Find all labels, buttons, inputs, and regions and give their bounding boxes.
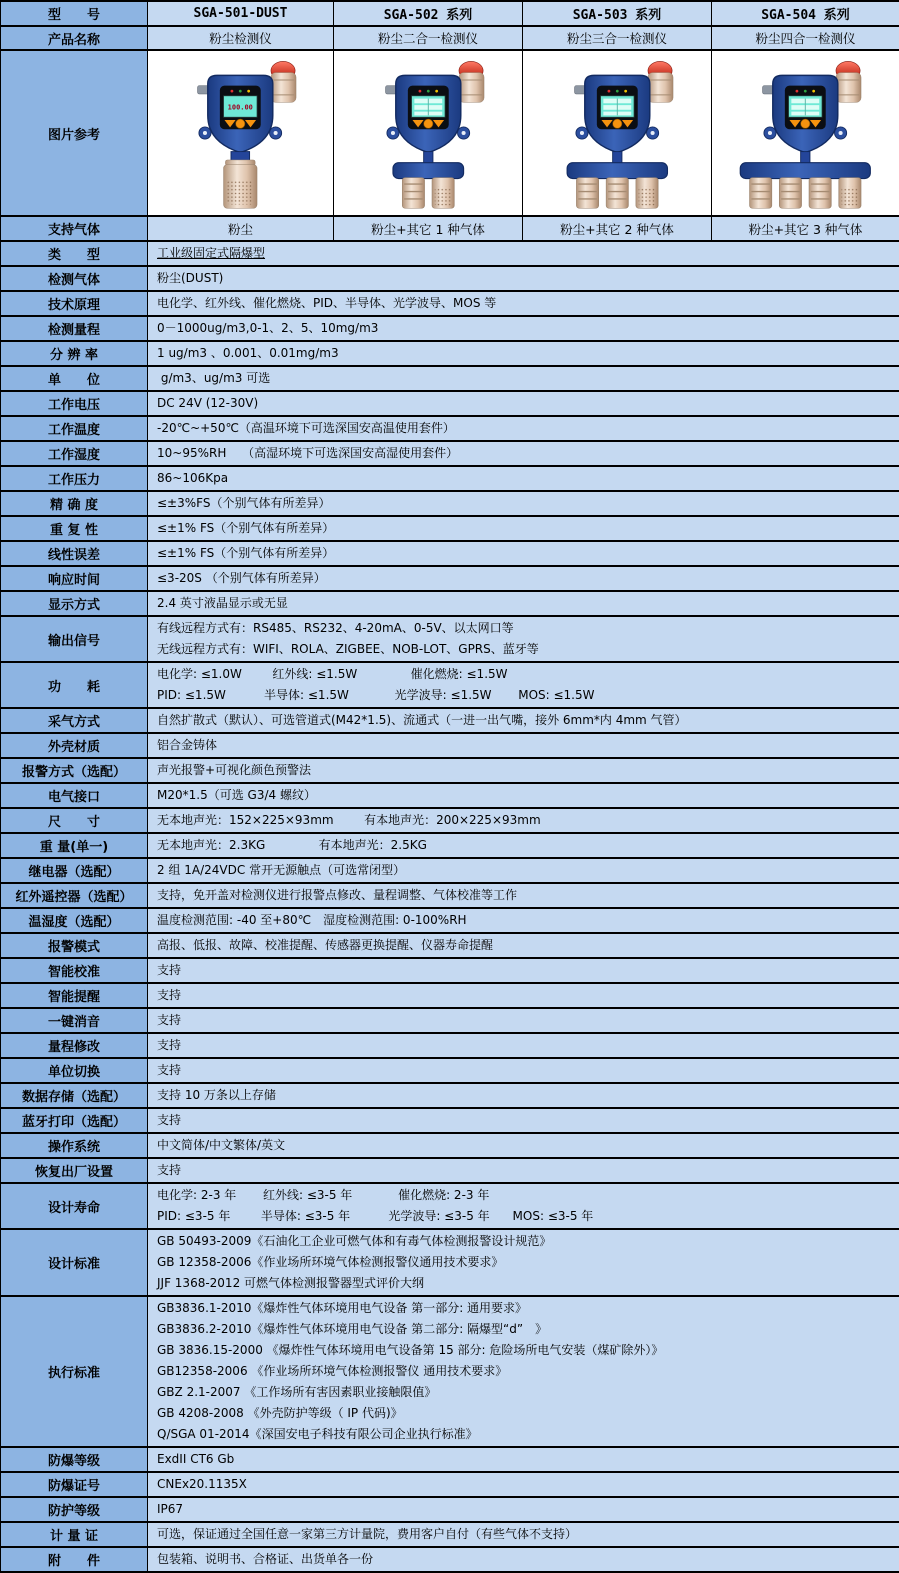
detector-image-sga-503 [523,51,711,215]
spec-label: 线性误差 [1,541,148,566]
gas-1: 粉尘 [148,216,334,241]
spec-label: 显示方式 [1,591,148,616]
spec-value: ≤±1% FS（个别气体有所差异） [148,516,899,541]
spec-row: 响应时间≤3-20S （个别气体有所差异） [1,566,899,591]
spec-label: 设计寿命 [1,1183,148,1229]
spec-label: 响应时间 [1,566,148,591]
spec-value: 支持 [148,1158,899,1183]
spec-row: 输出信号有线远程方式有：RS485、RS232、4-20mA、0-5V、以太网口… [1,616,899,662]
spec-label: 检测气体 [1,266,148,291]
spec-value: 工业级固定式隔爆型 [148,241,899,266]
spec-value: 高报、低报、故障、校准提醒、传感器更换提醒、仪器寿命提醒 [148,933,899,958]
spec-value: 可选，保证通过全国任意一家第三方计量院，费用客户自付（有些气体不支持） [148,1522,899,1547]
spec-row: 工作电压DC 24V (12-30V) [1,391,899,416]
model-sga-502: SGA-502 系列 [334,1,523,26]
spec-row: 采气方式自然扩散式（默认）、可选管道式(M42*1.5)、流通式（一进一出气嘴，… [1,708,899,733]
spec-label: 精 确 度 [1,491,148,516]
spec-label: 防护等级 [1,1497,148,1522]
spec-label: 工作湿度 [1,441,148,466]
spec-value: 2.4 英寸液晶显示或无显 [148,591,899,616]
spec-row: 线性误差≤±1% FS（个别气体有所差异） [1,541,899,566]
spec-row: 单 位 g/m3、ug/m3 可选 [1,366,899,391]
spec-value: 1 ug/m3 、0.001、0.01mg/m3 [148,341,899,366]
spec-value: 无本地声光：152×225×93mm 有本地声光：200×225×93mm [148,808,899,833]
spec-label: 重 量(单一) [1,833,148,858]
spec-row: 工作温度-20℃~+50℃（高温环境下可选深国安高温使用套件） [1,416,899,441]
spec-row: 尺 寸无本地声光：152×225×93mm 有本地声光：200×225×93mm [1,808,899,833]
spec-row: 报警模式高报、低报、故障、校准提醒、传感器更换提醒、仪器寿命提醒 [1,933,899,958]
image-label: 图片参考 [1,50,148,216]
spec-label: 防爆等级 [1,1447,148,1472]
spec-row: 量程修改支持 [1,1033,899,1058]
spec-value: 铝合金铸体 [148,733,899,758]
spec-value: 支持 [148,1033,899,1058]
spec-value: 包装箱、说明书、合格证、出货单各一份 [148,1547,899,1572]
spec-row: 分 辨 率1 ug/m3 、0.001、0.01mg/m3 [1,341,899,366]
spec-value: 支持 [148,1058,899,1083]
image-row: 图片参考 100.00 [1,50,899,216]
spec-label: 恢复出厂设置 [1,1158,148,1183]
spec-value: 0－1000ug/m3,0-1、2、5、10mg/m3 [148,316,899,341]
spec-row: 数据存储（选配）支持 10 万条以上存储 [1,1083,899,1108]
svg-text:100.00: 100.00 [228,103,253,111]
spec-label: 分 辨 率 [1,341,148,366]
spec-row: 执行标准GB3836.1-2010《爆炸性气体环境用电气设备 第一部分: 通用要… [1,1296,899,1447]
spec-value: IP67 [148,1497,899,1522]
spec-value: 支持 [148,1008,899,1033]
gas-4: 粉尘+其它 3 种气体 [712,216,899,241]
spec-row: 检测量程0－1000ug/m3,0-1、2、5、10mg/m3 [1,316,899,341]
spec-row: 显示方式2.4 英寸液晶显示或无显 [1,591,899,616]
spec-row: 继电器（选配）2 组 1A/24VDC 常开无源触点（可选常闭型） [1,858,899,883]
spec-value: 电化学、红外线、催化燃烧、PID、半导体、光学波导、MOS 等 [148,291,899,316]
spec-label: 红外遥控器（选配） [1,883,148,908]
spec-row: 操作系统中文简体/中文繁体/英文 [1,1133,899,1158]
gas-label: 支持气体 [1,216,148,241]
spec-label: 重 复 性 [1,516,148,541]
spec-label: 电气接口 [1,783,148,808]
spec-row: 红外遥控器（选配）支持，免开盖对检测仪进行报警点修改、量程调整、气体校准等工作 [1,883,899,908]
spec-label: 继电器（选配） [1,858,148,883]
spec-row: 恢复出厂设置支持 [1,1158,899,1183]
spec-row: 重 量(单一)无本地声光：2.3KG 有本地声光：2.5KG [1,833,899,858]
detector-image-sga-501: 100.00 [148,51,333,215]
spec-value: CNEx20.1135X [148,1472,899,1497]
spec-value: ≤3-20S （个别气体有所差异） [148,566,899,591]
spec-row: 设计标准GB 50493-2009《石油化工企业可燃气体和有毒气体检测报警设计规… [1,1229,899,1296]
spec-label: 工作电压 [1,391,148,416]
spec-label: 技术原理 [1,291,148,316]
spec-label: 采气方式 [1,708,148,733]
spec-row: 设计寿命电化学: 2-3 年 红外线: ≤3-5 年 催化燃烧: 2-3 年 P… [1,1183,899,1229]
spec-label: 智能校准 [1,958,148,983]
spec-value: -20℃~+50℃（高温环境下可选深国安高温使用套件） [148,416,899,441]
spec-row: 计 量 证可选，保证通过全国任意一家第三方计量院，费用客户自付（有些气体不支持） [1,1522,899,1547]
spec-label: 数据存储（选配） [1,1083,148,1108]
spec-label: 检测量程 [1,316,148,341]
spec-label: 输出信号 [1,616,148,662]
spec-row: 报警方式（选配）声光报警+可视化颜色预警法 [1,758,899,783]
spec-value: DC 24V (12-30V) [148,391,899,416]
spec-value: g/m3、ug/m3 可选 [148,366,899,391]
gas-3: 粉尘+其它 2 种气体 [523,216,712,241]
spec-value: 中文简体/中文繁体/英文 [148,1133,899,1158]
spec-label: 工作压力 [1,466,148,491]
product-name-3: 粉尘三合一检测仪 [523,26,712,50]
spec-value: 粉尘(DUST) [148,266,899,291]
detector-image-sga-504 [712,51,899,215]
spec-row: 功 耗电化学: ≤1.0W 红外线: ≤1.5W 催化燃烧: ≤1.5W PID… [1,662,899,708]
spec-value: 支持 [148,1108,899,1133]
spec-label: 报警方式（选配） [1,758,148,783]
spec-value: 10~95%RH （高湿环境下可选深国安高湿使用套件） [148,441,899,466]
model-sga-503: SGA-503 系列 [523,1,712,26]
spec-label: 功 耗 [1,662,148,708]
model-row: 型 号 SGA-501-DUST SGA-502 系列 SGA-503 系列 S… [1,1,899,26]
spec-value: ≤±1% FS（个别气体有所差异） [148,541,899,566]
spec-row: 工作压力86~106Kpa [1,466,899,491]
spec-row: 蓝牙打印（选配）支持 [1,1108,899,1133]
spec-row: 精 确 度≤±3%FS（个别气体有所差异） [1,491,899,516]
product-name-row: 产品名称 粉尘检测仪 粉尘二合一检测仪 粉尘三合一检测仪 粉尘四合一检测仪 [1,26,899,50]
spec-row: 智能校准支持 [1,958,899,983]
spec-value: GB3836.1-2010《爆炸性气体环境用电气设备 第一部分: 通用要求》 G… [148,1296,899,1447]
spec-label: 尺 寸 [1,808,148,833]
spec-value: 86~106Kpa [148,466,899,491]
spec-label: 设计标准 [1,1229,148,1296]
spec-row: 检测气体粉尘(DUST) [1,266,899,291]
spec-row: 外壳材质铝合金铸体 [1,733,899,758]
spec-label: 外壳材质 [1,733,148,758]
product-name-label: 产品名称 [1,26,148,50]
spec-label: 防爆证号 [1,1472,148,1497]
spec-label: 操作系统 [1,1133,148,1158]
spec-label: 执行标准 [1,1296,148,1447]
spec-value: ExdII CT6 Gb [148,1447,899,1472]
model-sga-504: SGA-504 系列 [712,1,899,26]
spec-label: 一键消音 [1,1008,148,1033]
spec-value: 2 组 1A/24VDC 常开无源触点（可选常闭型） [148,858,899,883]
spec-value: ≤±3%FS（个别气体有所差异） [148,491,899,516]
spec-row: 防爆证号CNEx20.1135X [1,1472,899,1497]
spec-label: 附 件 [1,1547,148,1572]
spec-table: 型 号 SGA-501-DUST SGA-502 系列 SGA-503 系列 S… [0,0,899,1573]
product-spec-sheet: 型 号 SGA-501-DUST SGA-502 系列 SGA-503 系列 S… [0,0,899,1573]
spec-row: 智能提醒支持 [1,983,899,1008]
spec-row: 温湿度（选配）温度检测范围: -40 至+80℃ 湿度检测范围: 0-100%R… [1,908,899,933]
spec-value: 自然扩散式（默认）、可选管道式(M42*1.5)、流通式（一进一出气嘴，接外 6… [148,708,899,733]
spec-label: 单 位 [1,366,148,391]
spec-label: 报警模式 [1,933,148,958]
detector-image-sga-502 [334,51,522,215]
spec-value: 支持 10 万条以上存储 [148,1083,899,1108]
spec-label: 温湿度（选配） [1,908,148,933]
spec-row: 工作湿度10~95%RH （高湿环境下可选深国安高湿使用套件） [1,441,899,466]
product-name-1: 粉尘检测仪 [148,26,334,50]
spec-row: 单位切换支持 [1,1058,899,1083]
product-name-4: 粉尘四合一检测仪 [712,26,899,50]
spec-value: M20*1.5（可选 G3/4 螺纹） [148,783,899,808]
spec-value: GB 50493-2009《石油化工企业可燃气体和有毒气体检测报警设计规范》 G… [148,1229,899,1296]
spec-value: 无本地声光：2.3KG 有本地声光：2.5KG [148,833,899,858]
gas-2: 粉尘+其它 1 种气体 [334,216,523,241]
spec-label: 蓝牙打印（选配） [1,1108,148,1133]
model-sga-501: SGA-501-DUST [148,1,334,26]
spec-row: 电气接口M20*1.5（可选 G3/4 螺纹） [1,783,899,808]
spec-row: 防爆等级ExdII CT6 Gb [1,1447,899,1472]
spec-label: 计 量 证 [1,1522,148,1547]
spec-row: 重 复 性≤±1% FS（个别气体有所差异） [1,516,899,541]
spec-row: 技术原理电化学、红外线、催化燃烧、PID、半导体、光学波导、MOS 等 [1,291,899,316]
model-label: 型 号 [1,1,148,26]
spec-label: 工作温度 [1,416,148,441]
product-name-2: 粉尘二合一检测仪 [334,26,523,50]
spec-value: 电化学: ≤1.0W 红外线: ≤1.5W 催化燃烧: ≤1.5W PID: ≤… [148,662,899,708]
spec-value: 支持 [148,983,899,1008]
spec-label: 智能提醒 [1,983,148,1008]
spec-row: 类 型工业级固定式隔爆型 [1,241,899,266]
gas-row: 支持气体 粉尘 粉尘+其它 1 种气体 粉尘+其它 2 种气体 粉尘+其它 3 … [1,216,899,241]
spec-label: 类 型 [1,241,148,266]
spec-value: 有线远程方式有：RS485、RS232、4-20mA、0-5V、以太网口等 无线… [148,616,899,662]
spec-label: 量程修改 [1,1033,148,1058]
spec-value: 支持，免开盖对检测仪进行报警点修改、量程调整、气体校准等工作 [148,883,899,908]
spec-row: 附 件包装箱、说明书、合格证、出货单各一份 [1,1547,899,1572]
spec-value: 温度检测范围: -40 至+80℃ 湿度检测范围: 0-100%RH [148,908,899,933]
spec-row: 一键消音支持 [1,1008,899,1033]
spec-value: 支持 [148,958,899,983]
spec-value: 声光报警+可视化颜色预警法 [148,758,899,783]
spec-row: 防护等级IP67 [1,1497,899,1522]
spec-value: 电化学: 2-3 年 红外线: ≤3-5 年 催化燃烧: 2-3 年 PID: … [148,1183,899,1229]
spec-label: 单位切换 [1,1058,148,1083]
